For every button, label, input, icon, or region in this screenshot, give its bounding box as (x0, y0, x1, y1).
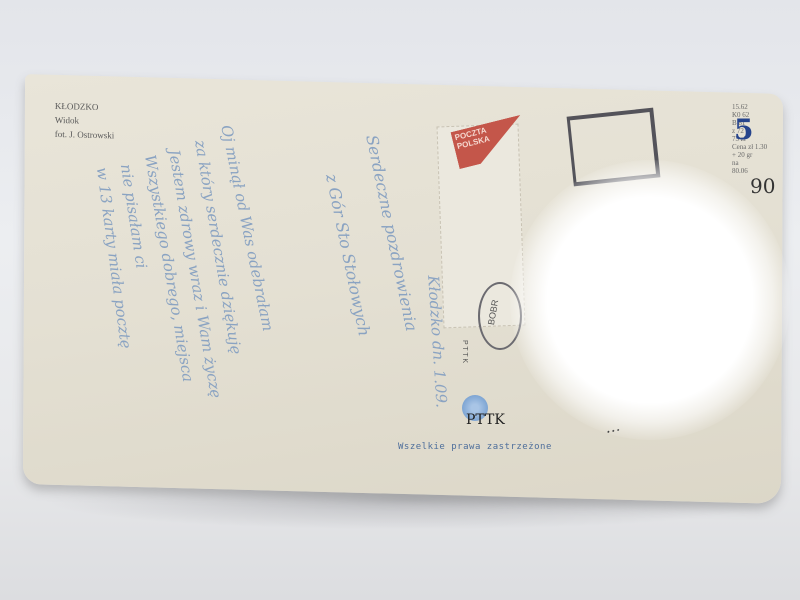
caption-photographer: fot. J. Ostrowski (55, 127, 115, 143)
vertical-print: P T T K (461, 340, 468, 363)
price-digit: 5 (734, 113, 753, 146)
light-glare (510, 160, 790, 440)
price-line: na (732, 159, 767, 167)
handwriting-line: z Gór Sto Stołowych (322, 172, 374, 337)
caption-town: KŁODZKO (55, 99, 115, 115)
rights-reserved: Wszelkie prawa zastrzeżone (398, 442, 552, 452)
caption-view: Widok (55, 113, 115, 129)
price-line: 15.62 (732, 103, 767, 111)
pttk-handwritten: PTTK (466, 412, 505, 428)
postmark-text: BOBR (486, 299, 500, 326)
handwriting-line: Serdeczne pozdrowienia (362, 133, 421, 332)
price-line: + 20 gr (732, 151, 767, 159)
handwritten-number: 90 (750, 174, 775, 198)
publisher-caption: KŁODZKO Widok fot. J. Ostrowski (55, 99, 115, 143)
